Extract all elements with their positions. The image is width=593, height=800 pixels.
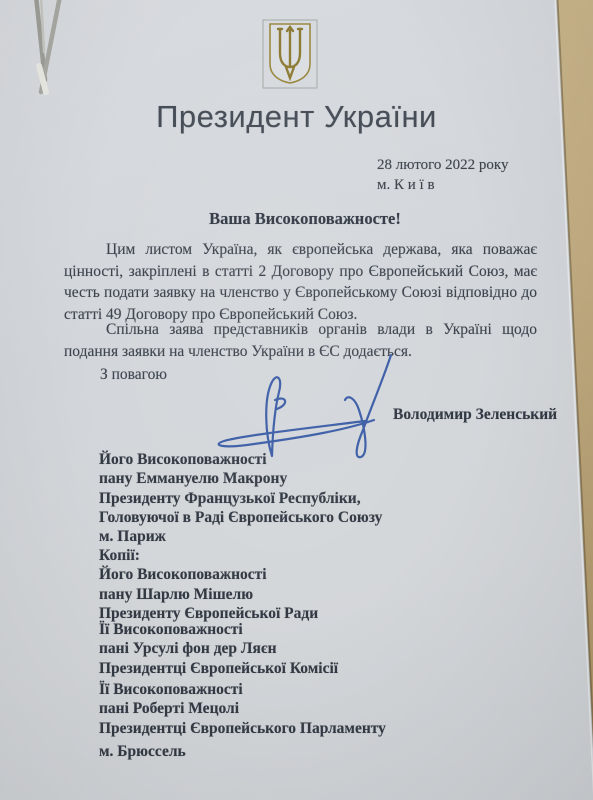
recipient-primary-block: Його Високоповажності пану Еммануелю Мак… <box>99 450 382 546</box>
letter-date: 28 лютого 2022 року <box>377 155 508 175</box>
recipient-line: Його Високоповажності <box>99 450 382 469</box>
recipient-line: Його Високоповажності <box>99 565 318 584</box>
recipient-copy2-block: Її Високоповажності пані Урсулі фон дер … <box>99 620 338 678</box>
date-block: 28 лютого 2022 року м. К и ї в <box>377 155 508 195</box>
valediction: З повагою <box>100 366 167 384</box>
letter-paper: Президент України 28 лютого 2022 року м.… <box>0 0 593 800</box>
photo-background: Президент України 28 лютого 2022 року м.… <box>0 0 593 800</box>
recipient-copy1-block: Копії: Його Високоповажності пану Шарлю … <box>99 546 318 623</box>
recipient-copy3-block: Її Високоповажності пані Роберті Мецолі … <box>99 680 386 738</box>
recipient-line: м. Париж <box>99 527 382 546</box>
recipient-line: пані Урсулі фон дер Ляєн <box>99 639 338 658</box>
body-paragraph-1: Цим листом Україна, як європейська держа… <box>64 239 537 325</box>
ukraine-trident-emblem-icon <box>262 19 318 89</box>
recipient-line: пану Еммануелю Макрону <box>99 469 382 488</box>
signatory-name: Володимир Зеленський <box>393 406 557 424</box>
recipient-line: пані Роберті Мецолі <box>99 699 386 718</box>
recipient-line: Президентці Європейської Комісії <box>99 659 338 678</box>
recipient-line: Її Високоповажності <box>99 620 338 639</box>
copies-label: Копії: <box>99 546 318 565</box>
recipient-line: пану Шарлю Мішелю <box>99 585 318 604</box>
recipient-line: Президентці Європейського Парламенту <box>99 719 386 738</box>
recipient-line: Президенту Французької Республіки, <box>99 489 382 508</box>
letter-city: м. К и ї в <box>377 175 508 195</box>
salutation: Ваша Високоповажносте! <box>0 209 593 229</box>
recipient-city: м. Брюссель <box>99 742 186 761</box>
recipient-line: Її Високоповажності <box>99 680 386 699</box>
page-title: Президент України <box>0 99 593 135</box>
recipient-line: Головуючої в Раді Європейського Союзу <box>99 508 382 527</box>
